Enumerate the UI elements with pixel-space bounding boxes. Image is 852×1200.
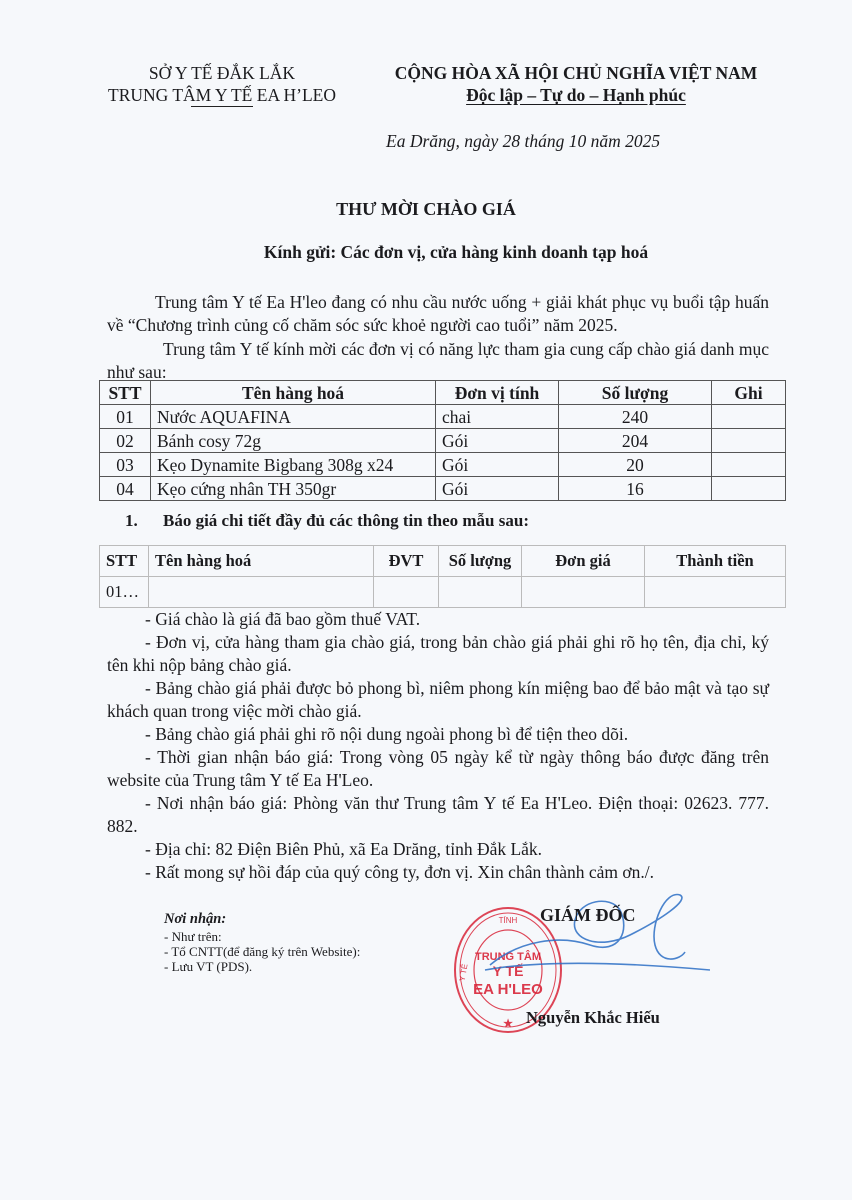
- header-underline: [191, 106, 253, 107]
- note-item: - Thời gian nhận báo giá: Trong vòng 05 …: [107, 746, 769, 792]
- signer-title: GIÁM ĐỐC: [540, 905, 636, 926]
- col-name: Tên hàng hoá: [149, 546, 374, 577]
- parent-agency: SỞ Y TẾ ĐẮK LẮK: [82, 62, 362, 84]
- table-header-row: STT Tên hàng hoá Đơn vị tính Số lượng Gh…: [100, 381, 786, 405]
- cell-qty: [439, 577, 522, 608]
- cell-price: [522, 577, 645, 608]
- cell-name: Kẹo cứng nhân TH 350gr: [151, 477, 436, 501]
- cell-note: [712, 477, 786, 501]
- cell-name: Kẹo Dynamite Bigbang 308g x24: [151, 453, 436, 477]
- cell-note: [712, 429, 786, 453]
- cell-unit: Gói: [436, 453, 559, 477]
- cell-unit: Gói: [436, 429, 559, 453]
- cell-total: [645, 577, 786, 608]
- cell-qty: 16: [559, 477, 712, 501]
- section-heading: 1.Báo giá chi tiết đầy đủ các thông tin …: [125, 511, 529, 531]
- col-qty: Số lượng: [439, 546, 522, 577]
- document-date: Ea Drăng, ngày 28 tháng 10 năm 2025: [386, 131, 660, 152]
- cell-stt: 02: [100, 429, 151, 453]
- signer-name: Nguyễn Khắc Hiếu: [526, 1008, 660, 1028]
- recipients-heading: Nơi nhận:: [164, 912, 360, 927]
- cell-qty: 20: [559, 453, 712, 477]
- col-unit: ĐVT: [374, 546, 439, 577]
- col-stt: STT: [100, 546, 149, 577]
- svg-text:Y TẾ: Y TẾ: [457, 963, 470, 982]
- col-qty: Số lượng: [559, 381, 712, 405]
- cell-name: Bánh cosy 72g: [151, 429, 436, 453]
- col-price: Đơn giá: [522, 546, 645, 577]
- national-title: CỘNG HÒA XÃ HỘI CHỦ NGHĨA VIỆT NAM: [366, 62, 786, 84]
- note-item: - Giá chào là giá đã bao gồm thuế VAT.: [107, 608, 769, 631]
- col-total: Thành tiền: [645, 546, 786, 577]
- invitation-paragraph: Trung tâm Y tế kính mời các đơn vị có nă…: [107, 338, 769, 384]
- notes-list: - Giá chào là giá đã bao gồm thuế VAT.- …: [107, 608, 769, 884]
- note-item: - Địa chỉ: 82 Điện Biên Phủ, xã Ea Drăng…: [107, 838, 769, 861]
- cell-note: [712, 453, 786, 477]
- cell-unit: Gói: [436, 477, 559, 501]
- cell-stt: 01: [100, 405, 151, 429]
- recipient-item: - Như trên:: [164, 929, 360, 944]
- national-motto: Độc lập – Tự do – Hạnh phúc: [366, 84, 786, 106]
- note-item: - Bảng chào giá phải ghi rõ nội dung ngo…: [107, 723, 769, 746]
- items-table: STT Tên hàng hoá Đơn vị tính Số lượng Gh…: [99, 380, 786, 501]
- cell-stt: 03: [100, 453, 151, 477]
- cell-unit: [374, 577, 439, 608]
- quote-template-table: STT Tên hàng hoá ĐVT Số lượng Đơn giá Th…: [99, 545, 786, 608]
- agency-header: SỞ Y TẾ ĐẮK LẮK TRUNG TÂM Y TẾ EA H’LEO: [82, 62, 362, 106]
- cell-stt: 01…: [100, 577, 149, 608]
- cell-name: [149, 577, 374, 608]
- recipient-item: - Tổ CNTT(để đăng ký trên Website):: [164, 944, 360, 959]
- section-title: Báo giá chi tiết đầy đủ các thông tin th…: [163, 511, 529, 530]
- svg-text:★: ★: [503, 1018, 513, 1030]
- note-item: - Nơi nhận báo giá: Phòng văn thư Trung …: [107, 792, 769, 838]
- table-row: 03Kẹo Dynamite Bigbang 308g x24Gói20: [100, 453, 786, 477]
- table-header-row: STT Tên hàng hoá ĐVT Số lượng Đơn giá Th…: [100, 546, 786, 577]
- note-item: - Rất mong sự hồi đáp của quý công ty, đ…: [107, 861, 769, 884]
- note-item: - Đơn vị, cửa hàng tham gia chào giá, tr…: [107, 631, 769, 677]
- table-row: 02Bánh cosy 72gGói204: [100, 429, 786, 453]
- table-row: 01…: [100, 577, 786, 608]
- col-name: Tên hàng hoá: [151, 381, 436, 405]
- issuing-agency: TRUNG TÂM Y TẾ EA H’LEO: [82, 84, 362, 106]
- addressee: Kính gửi: Các đơn vị, cửa hàng kinh doan…: [0, 242, 852, 263]
- col-unit: Đơn vị tính: [436, 381, 559, 405]
- table-row: 01Nước AQUAFINAchai240: [100, 405, 786, 429]
- cell-unit: chai: [436, 405, 559, 429]
- table-row: 04Kẹo cứng nhân TH 350grGói16: [100, 477, 786, 501]
- col-stt: STT: [100, 381, 151, 405]
- cell-qty: 240: [559, 405, 712, 429]
- cell-qty: 204: [559, 429, 712, 453]
- recipients-block: Nơi nhận: - Như trên: - Tổ CNTT(để đăng …: [164, 912, 360, 974]
- national-header: CỘNG HÒA XÃ HỘI CHỦ NGHĨA VIỆT NAM Độc l…: [366, 62, 786, 106]
- cell-note: [712, 405, 786, 429]
- recipient-item: - Lưu VT (PDS).: [164, 959, 360, 974]
- cell-stt: 04: [100, 477, 151, 501]
- col-note: Ghi: [712, 381, 786, 405]
- cell-name: Nước AQUAFINA: [151, 405, 436, 429]
- document-title: THƯ MỜI CHÀO GIÁ: [0, 199, 852, 220]
- note-item: - Bảng chào giá phải được bỏ phong bì, n…: [107, 677, 769, 723]
- section-number: 1.: [125, 511, 163, 531]
- intro-paragraph: Trung tâm Y tế Ea H'leo đang có nhu cầu …: [107, 291, 769, 337]
